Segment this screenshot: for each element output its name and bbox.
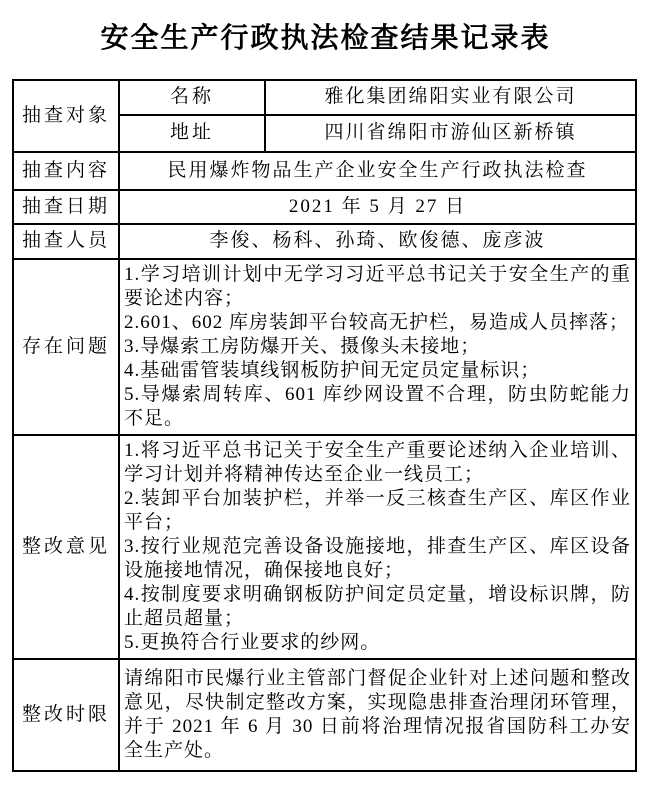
target-name-value: 雅化集团绵阳实业有限公司 — [265, 80, 636, 115]
problem-item: 3.导爆索工房防爆开关、摄像头未接地； — [124, 335, 631, 359]
row-label-target: 抽查对象 — [13, 80, 119, 152]
problem-item: 1.学习培训计划中无学习习近平总书记关于安全生产的重要论述内容； — [124, 263, 631, 311]
opinion-item: 2.装卸平台加装护栏，并举一反三核查生产区、库区作业平台； — [124, 487, 631, 535]
row-label-opinions: 整改意见 — [13, 435, 119, 659]
opinion-item: 1.将习近平总书记关于安全生产重要论述纳入企业培训、学习计划并将精神传达至企业一… — [124, 439, 631, 487]
opinion-item: 5.更换符合行业要求的纱网。 — [124, 631, 631, 655]
table-row-content: 抽查内容 民用爆炸物品生产企业安全生产行政执法检查 — [13, 152, 636, 190]
target-name-label: 名称 — [119, 80, 265, 115]
problems-cell: 1.学习培训计划中无学习习近平总书记关于安全生产的重要论述内容； 2.601、6… — [119, 259, 636, 435]
personnel-value: 李俊、杨科、孙琦、欧俊德、庞彦波 — [119, 224, 636, 259]
row-label-deadline: 整改时限 — [13, 659, 119, 771]
content-value: 民用爆炸物品生产企业安全生产行政执法检查 — [119, 152, 636, 190]
row-label-personnel: 抽查人员 — [13, 224, 119, 259]
inspection-record-table: 抽查对象 名称 雅化集团绵阳实业有限公司 地址 四川省绵阳市游仙区新桥镇 抽查内… — [12, 79, 637, 772]
problem-item: 5.导爆索周转库、601 库纱网设置不合理，防虫防蛇能力不足。 — [124, 383, 631, 431]
row-label-problems: 存在问题 — [13, 259, 119, 435]
problem-item: 4.基础雷管装填线钢板防护间无定员定量标识； — [124, 359, 631, 383]
target-address-label: 地址 — [119, 115, 265, 152]
opinion-item: 4.按制度要求明确钢板防护间定员定量，增设标识牌，防止超员超量； — [124, 583, 631, 631]
deadline-value: 请绵阳市民爆行业主管部门督促企业针对上述问题和整改意见，尽快制定整改方案，实现隐… — [119, 659, 636, 771]
table-row-personnel: 抽查人员 李俊、杨科、孙琦、欧俊德、庞彦波 — [13, 224, 636, 259]
row-label-content: 抽查内容 — [13, 152, 119, 190]
table-row-deadline: 整改时限 请绵阳市民爆行业主管部门督促企业针对上述问题和整改意见，尽快制定整改方… — [13, 659, 636, 771]
table-row-problems: 存在问题 1.学习培训计划中无学习习近平总书记关于安全生产的重要论述内容； 2.… — [13, 259, 636, 435]
document-page: 安全生产行政执法检查结果记录表 抽查对象 名称 雅化集团绵阳实业有限公司 地址 … — [0, 0, 651, 786]
opinions-cell: 1.将习近平总书记关于安全生产重要论述纳入企业培训、学习计划并将精神传达至企业一… — [119, 435, 636, 659]
opinion-item: 3.按行业规范完善设备设施接地，排查生产区、库区设备设施接地情况，确保接地良好； — [124, 535, 631, 583]
problem-item: 2.601、602 库房装卸平台较高无护栏，易造成人员摔落； — [124, 311, 631, 335]
row-label-date: 抽查日期 — [13, 190, 119, 224]
target-address-value: 四川省绵阳市游仙区新桥镇 — [265, 115, 636, 152]
table-row-opinions: 整改意见 1.将习近平总书记关于安全生产重要论述纳入企业培训、学习计划并将精神传… — [13, 435, 636, 659]
date-value: 2021 年 5 月 27 日 — [119, 190, 636, 224]
page-title: 安全生产行政执法检查结果记录表 — [0, 0, 651, 79]
table-row-target-name: 抽查对象 名称 雅化集团绵阳实业有限公司 — [13, 80, 636, 115]
table-row-date: 抽查日期 2021 年 5 月 27 日 — [13, 190, 636, 224]
